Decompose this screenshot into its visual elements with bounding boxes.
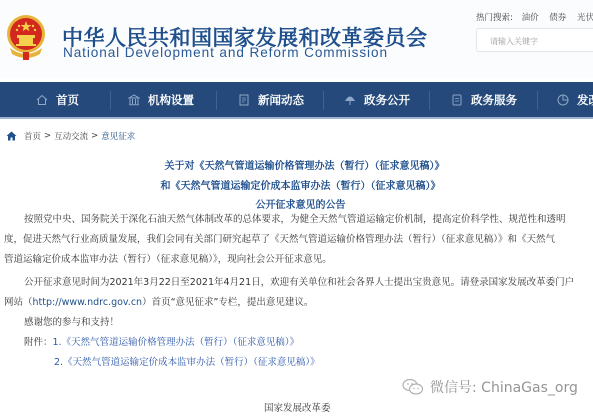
nav-divider bbox=[537, 91, 538, 110]
wechat-icon bbox=[402, 378, 424, 396]
nav-item-government-affairs[interactable]: 政务公开 bbox=[344, 82, 410, 117]
nav-label: 政务服务 bbox=[471, 92, 517, 108]
paragraph-1-line-2: 度，促进天然气行业高质量发展，我们会同有关部门研究起草了《天然气管道运输价格管理… bbox=[4, 230, 593, 250]
nav-label: 新闻动态 bbox=[258, 92, 304, 108]
wechat-id-text: 微信号: ChinaGas_org bbox=[430, 377, 578, 397]
paragraph-1-line-3: 管道运输定价成本监审办法（暂行）（征求意见稿）》，现向社会公开征求意见。 bbox=[4, 250, 593, 270]
paragraph-2-line-1: 公开征求意见时间为2021年3月22日至2021年4月21日，欢迎有关单位和社会… bbox=[24, 273, 593, 293]
breadcrumb-interaction[interactable]: 互动交流 bbox=[54, 130, 88, 142]
nav-item-development-reform[interactable]: 发改 bbox=[557, 82, 593, 117]
home-icon bbox=[36, 94, 48, 106]
attachment-link-1[interactable]: 1.《天然气管道运输价格管理办法（暂行）（征求意见稿）》 bbox=[53, 337, 300, 348]
paragraph-2-prefix: 网站（ bbox=[4, 297, 33, 308]
umbrella-icon bbox=[344, 94, 356, 106]
hot-search-item-oil-price[interactable]: 油价 bbox=[522, 13, 539, 23]
attachment-row-1: 附件：1.《天然气管道运输价格管理办法（暂行）（征求意见稿）》 bbox=[24, 333, 299, 353]
paragraph-2-suffix: ）首页“意见征求”专栏，提出意见建议。 bbox=[142, 297, 313, 308]
nav-item-home[interactable]: 首页 bbox=[36, 82, 79, 117]
breadcrumb-separator: > bbox=[91, 131, 98, 141]
document-icon bbox=[451, 94, 463, 106]
paragraph-2-line-2: 网站（http://www.ndrc.gov.cn）首页“意见征求”专栏，提出意… bbox=[4, 293, 593, 313]
national-emblem-logo[interactable] bbox=[6, 14, 46, 62]
ndrc-website-link[interactable]: http://www.ndrc.gov.cn bbox=[33, 297, 143, 308]
search-box bbox=[476, 28, 593, 52]
breadcrumb-home[interactable]: 首页 bbox=[24, 130, 41, 142]
main-nav: 首页 机构设置 新闻动态 政务公开 政务服务 发改 bbox=[0, 82, 593, 119]
paragraph-1-line-1: 按照党中央、国务院关于深化石油天然气体制改革的总体要求，为健全天然气管道运输定价… bbox=[24, 210, 593, 230]
signature: 国家发展改革委 bbox=[264, 400, 331, 414]
attachments-label: 附件： bbox=[24, 337, 53, 348]
thanks-paragraph: 感谢您的参与和支持！ bbox=[24, 313, 593, 333]
hot-search-item-photovoltaic[interactable]: 光伏 bbox=[577, 13, 593, 23]
breadcrumb: 首页 > 互动交流 > 意见征求 bbox=[6, 130, 135, 142]
hot-search-label: 热门搜索: bbox=[476, 13, 513, 23]
home-icon bbox=[6, 131, 17, 141]
nav-divider bbox=[323, 91, 324, 110]
article-title-line-1: 关于对《天然气管道运输价格管理办法（暂行）（征求意见稿）》 bbox=[8, 157, 593, 172]
nav-label: 机构设置 bbox=[148, 92, 194, 108]
article-title-line-3: 公开征求意见的公告 bbox=[4, 196, 593, 211]
nav-label: 政务公开 bbox=[364, 92, 410, 108]
nav-item-institutions[interactable]: 机构设置 bbox=[128, 82, 194, 117]
nav-item-government-services[interactable]: 政务服务 bbox=[451, 82, 517, 117]
org-name-en: National Development and Reform Commissi… bbox=[63, 45, 388, 60]
attachment-row-2: 2.《天然气管道运输定价成本监审办法（暂行）（征求意见稿）》 bbox=[54, 353, 320, 373]
nav-divider bbox=[429, 91, 430, 110]
hot-search: 热门搜索: 油价 债券 光伏 bbox=[476, 11, 593, 23]
nav-divider bbox=[216, 91, 217, 110]
article-title-line-2: 和《天然气管道运输定价成本监审办法（暂行）（征求意见稿）》 bbox=[4, 177, 593, 192]
attachment-link-2[interactable]: 2.《天然气管道运输定价成本监审办法（暂行）（征求意见稿）》 bbox=[54, 357, 320, 368]
nav-item-news[interactable]: 新闻动态 bbox=[238, 82, 304, 117]
institution-icon bbox=[128, 94, 140, 106]
nav-label: 首页 bbox=[56, 92, 79, 108]
wechat-watermark: 微信号: ChinaGas_org bbox=[402, 377, 578, 397]
breadcrumb-separator: > bbox=[44, 131, 51, 141]
news-icon bbox=[238, 94, 250, 106]
pie-chart-icon bbox=[557, 94, 569, 106]
nav-label: 发改 bbox=[577, 92, 593, 108]
site-header: 中华人民共和国国家发展和改革委员会 National Development a… bbox=[0, 0, 593, 78]
breadcrumb-current[interactable]: 意见征求 bbox=[101, 130, 135, 142]
hot-search-item-bonds[interactable]: 债券 bbox=[549, 13, 566, 23]
nav-divider bbox=[110, 91, 111, 110]
search-input[interactable] bbox=[477, 31, 593, 53]
